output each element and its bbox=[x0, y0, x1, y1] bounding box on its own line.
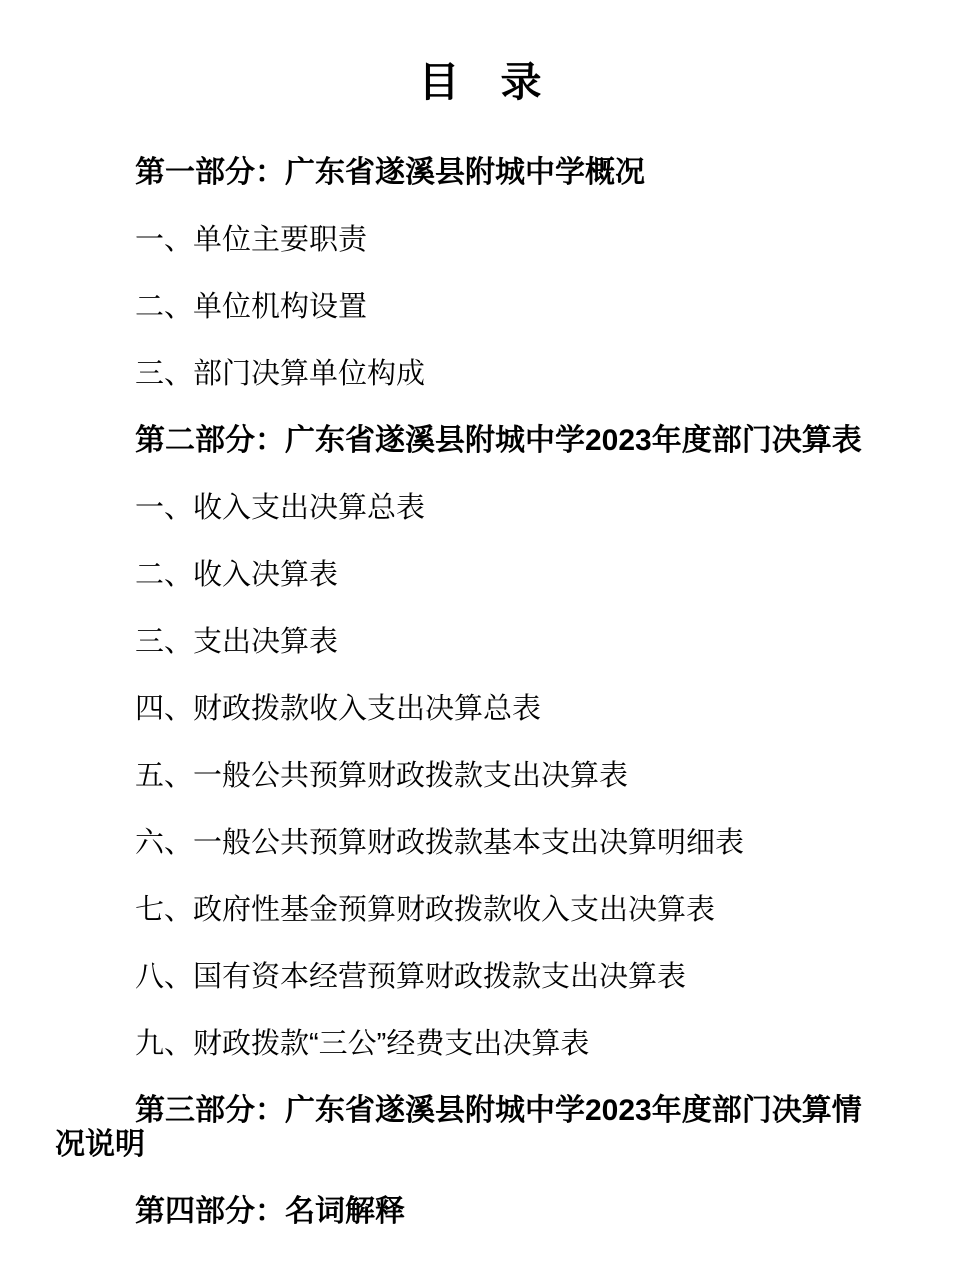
document-page: 目 录 第一部分：广东省遂溪县附城中学概况 一、单位主要职责 二、单位机构设置 … bbox=[0, 0, 957, 1273]
toc-item: 八、国有资本经营预算财政拨款支出决算表 bbox=[55, 960, 905, 994]
table-of-contents: 第一部分：广东省遂溪县附城中学概况 一、单位主要职责 二、单位机构设置 三、部门… bbox=[55, 156, 905, 1229]
toc-item: 四、财政拨款收入支出决算总表 bbox=[55, 692, 905, 726]
toc-item: 三、部门决算单位构成 bbox=[55, 357, 905, 391]
toc-heading-part2: 第二部分：广东省遂溪县附城中学2023年度部门决算表 bbox=[55, 424, 905, 458]
page-title: 目 录 bbox=[55, 58, 905, 106]
toc-item: 二、收入决算表 bbox=[55, 558, 905, 592]
toc-item: 二、单位机构设置 bbox=[55, 290, 905, 324]
toc-item: 九、财政拨款“三公”经费支出决算表 bbox=[55, 1027, 905, 1061]
toc-item: 五、一般公共预算财政拨款支出决算表 bbox=[55, 759, 905, 793]
toc-item: 一、收入支出决算总表 bbox=[55, 491, 905, 525]
toc-item: 三、支出决算表 bbox=[55, 625, 905, 659]
toc-heading-part3: 第三部分：广东省遂溪县附城中学2023年度部门决算情 况说明 bbox=[55, 1094, 905, 1162]
toc-item: 七、政府性基金预算财政拨款收入支出决算表 bbox=[55, 893, 905, 927]
toc-item: 一、单位主要职责 bbox=[55, 223, 905, 257]
toc-item: 六、一般公共预算财政拨款基本支出决算明细表 bbox=[55, 826, 905, 860]
toc-heading-part1: 第一部分：广东省遂溪县附城中学概况 bbox=[55, 156, 905, 190]
toc-heading-part4: 第四部分：名词解释 bbox=[55, 1195, 905, 1229]
